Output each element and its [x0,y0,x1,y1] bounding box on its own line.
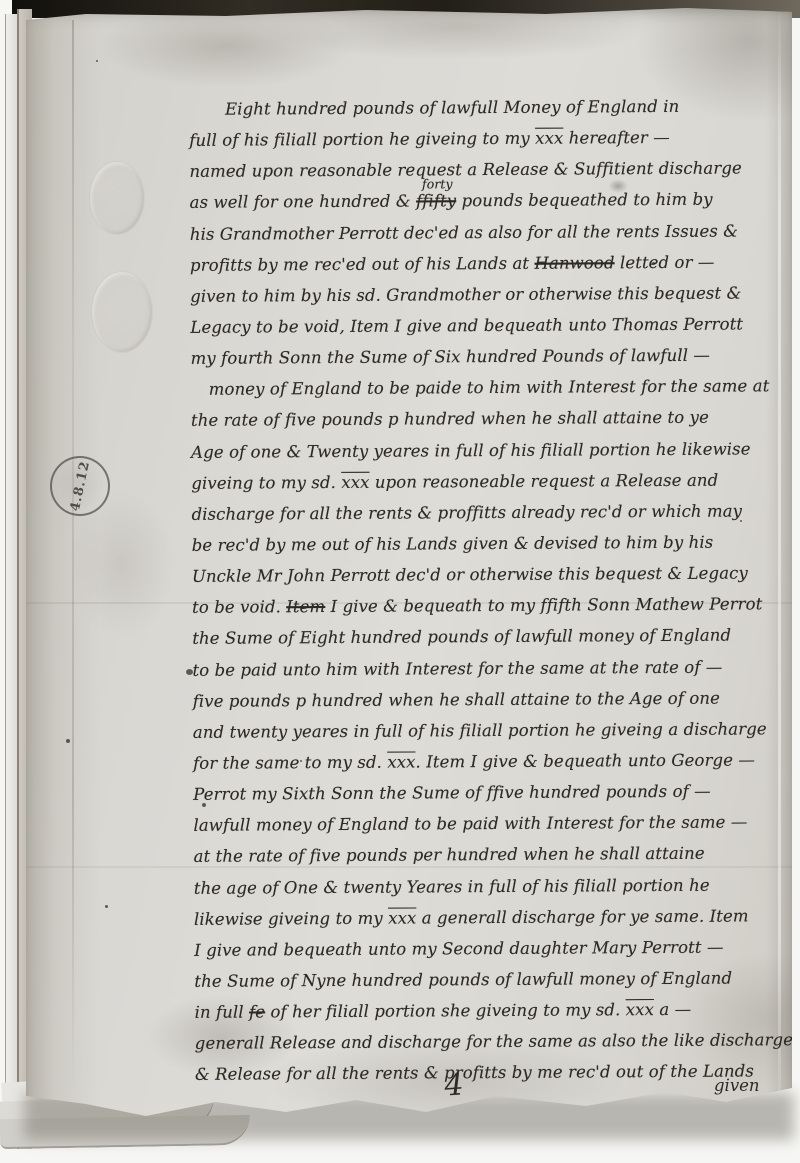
line-text: named upon reasonable request a Release … [189,159,742,181]
ink-speck [96,60,98,62]
manuscript-sheet: 4.8.12 Eight hundred pounds of lawfull M… [26,4,792,1144]
vertical-crease [72,20,74,1092]
line-text: the age of One & twenty Yeares in full o… [194,875,710,897]
line-text: to be paid unto him with Interest for th… [192,657,722,679]
line-text: money of England to be paide to him with… [209,377,770,399]
manuscript-line: the Sume of Eight hundred pounds of lawf… [192,620,796,655]
interlinear-insertion: forty [422,179,453,191]
manuscript-line: to be void. Item I give & bequeath to my… [192,588,796,623]
line-text: and twenty yeares in full of his filiall… [193,719,767,742]
line-text: to be void. [192,598,286,618]
line-text: upon reasoneable request a Release and [369,470,718,491]
line-text: my fourth Sonn the Sume of Six hundred P… [191,346,711,368]
manuscript-line: I give and bequeath unto my Second daugh… [194,931,798,966]
manuscript-line: Age of one & Twenty yeares in full of hi… [191,433,795,468]
manuscript-line: giveing to my sd. xxx upon reasoneable r… [191,464,795,499]
manuscript-line: five pounds p hundred when he shall atta… [193,682,797,717]
catchword: given [714,1076,760,1095]
line-text: be rec'd by me out of his Lands given & … [192,533,714,555]
line-text: hereafter — [563,128,670,148]
manuscript-line: Perrot my Sixth Sonn the Sume of ffive h… [193,775,797,810]
line-text: I give & bequeath to my ffifth Sonn Math… [325,595,762,617]
manuscript-line: generall Release and discharge for the s… [195,1024,799,1059]
manuscript-line: and twenty yeares in full of his filiall… [193,713,797,748]
stamp-text: 4.8.12 [67,459,92,512]
manuscript-line: the Sume of Nyne hundred pounds of lawfu… [194,962,798,997]
manuscript-line: as well for one hundred & ffiftyforty po… [190,184,794,219]
manuscript-line: given to him by his sd. Grandmother or o… [190,277,794,312]
archive-ink-stamp: 4.8.12 [44,450,115,521]
manuscript-line: discharge for all the rents & proffitts … [191,495,795,530]
line-text: five pounds p hundred when he shall atta… [193,688,720,710]
line-text: . Item I give & bequeath unto George — [415,750,755,771]
line-text: the Sume of Nyne hundred pounds of lawfu… [194,968,732,990]
line-text: lawfull money of England to be paid with… [193,813,747,835]
abbreviated-word: xxx [387,752,415,771]
manuscript-line: for the same to my sd. xxx. Item I give … [193,744,797,779]
manuscript-line: be rec'd by me out of his Lands given & … [192,526,796,561]
manuscript-line: named upon reasonable request a Release … [189,152,793,187]
manuscript-line: in full fe of her filiall portion she gi… [194,993,798,1028]
line-text: discharge for all the rents & proffitts … [191,501,742,523]
embossed-seal [90,162,144,234]
struck-word: ffiftyforty [416,192,456,211]
line-text: Unckle Mr John Perrott dec'd or otherwis… [192,564,748,586]
embossed-seal [92,272,152,352]
manuscript-line: at the rate of five pounds per hundred w… [194,838,798,873]
manuscript-line: Legacy to be void, Item I give and beque… [190,308,794,343]
struck-word: fe [249,1002,265,1021]
struck-word: Item [286,597,325,616]
manuscript-text: Eight hundred pounds of lawfull Money of… [189,90,799,1090]
manuscript-line: profitts by me rec'ed out of his Lands a… [190,246,794,281]
line-text: generall Release and discharge for the s… [195,1030,793,1053]
manuscript-line: Unckle Mr John Perrott dec'd or otherwis… [192,557,796,592]
manuscript-line: to be paid unto him with Interest for th… [192,651,796,686]
manuscript-line: the rate of five pounds p hundred when h… [191,402,795,437]
manuscript-line: full of his filiall portion he giveing t… [189,121,793,156]
line-text: in full [195,1003,250,1022]
manuscript-line: lawfull money of England to be paid with… [193,806,797,841]
line-text: the Sume of Eight hundred pounds of lawf… [192,626,731,648]
manuscript-line: my fourth Sonn the Sume of Six hundred P… [190,339,794,374]
line-text: pounds bequeathed to him by [456,190,713,211]
abbreviated-word: xxx [388,908,416,927]
manuscript-line: the age of One & twenty Yeares in full o… [194,869,798,904]
line-text: Eight hundred pounds of lawfull Money of… [225,97,679,119]
line-text: I give and bequeath unto my Second daugh… [194,937,723,959]
manuscript-line: likewise giveing to my xxx a generall di… [194,900,798,935]
manuscript-line: his Grandmother Perrott dec'ed as also f… [190,215,794,250]
manuscript-line: money of England to be paide to him with… [191,370,795,405]
line-text: letted or — [615,252,715,272]
line-text: full of his filiall portion he giveing t… [189,129,535,150]
ink-speck [66,739,70,743]
struck-word: Hanwood [534,253,614,272]
line-text: Age of one & Twenty yeares in full of hi… [191,439,751,461]
page-number: 4 [421,1066,487,1105]
line-text: Perrot my Sixth Sonn the Sume of ffive h… [193,782,711,804]
line-text: a generall discharge for ye same. Item [416,906,748,927]
line-text: profitts by me rec'ed out of his Lands a… [190,253,535,274]
manuscript-line: Eight hundred pounds of lawfull Money of… [189,90,793,125]
line-text: for the same to my sd. [193,753,387,773]
line-text: giveing to my sd. [191,473,341,493]
line-text: his Grandmother Perrott dec'ed as also f… [190,221,738,243]
line-text: as well for one hundred & [190,192,417,212]
line-text: a — [654,1000,691,1019]
line-text: Legacy to be void, Item I give and beque… [190,314,743,336]
ink-speck [105,905,108,908]
scanned-manuscript-page: 4.8.12 Eight hundred pounds of lawfull M… [0,0,800,1163]
line-text: likewise giveing to my [194,908,388,928]
abbreviated-word: xxx [626,1000,654,1019]
abbreviated-word: xxx [341,472,369,491]
manuscript-line: & Release for all the rents & profitts b… [195,1056,799,1091]
line-text: of her filiall portion she giveing to my… [265,1000,626,1021]
line-text: at the rate of five pounds per hundred w… [194,844,705,866]
line-text: given to him by his sd. Grandmother or o… [190,283,741,305]
line-text: the rate of five pounds p hundred when h… [191,408,709,430]
abbreviated-word: xxx [535,129,563,148]
